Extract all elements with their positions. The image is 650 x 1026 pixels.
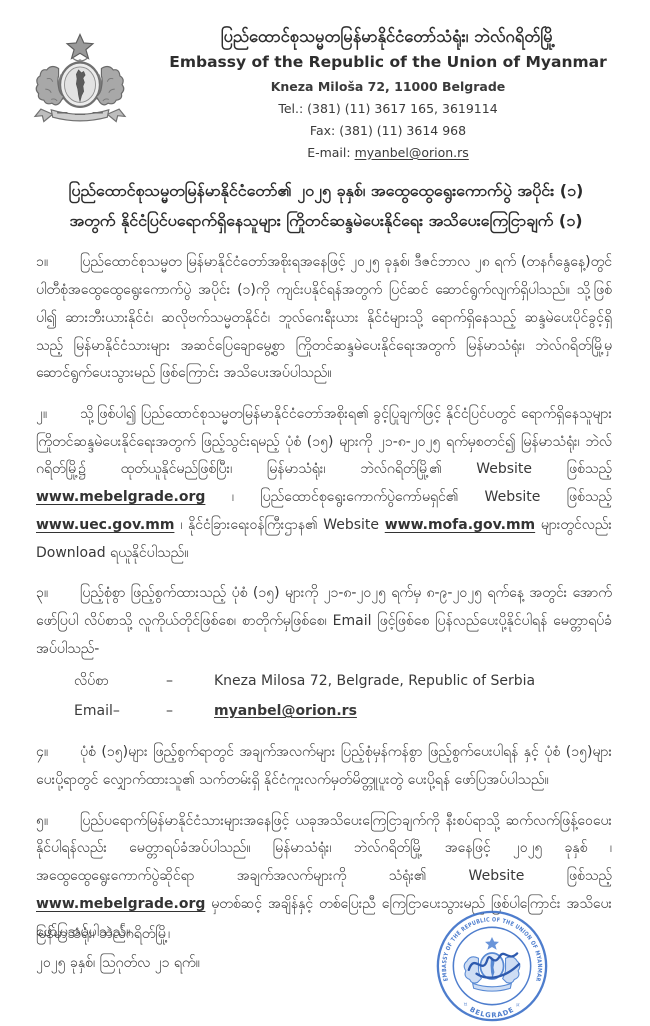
document-title-line1: ပြည်ထောင်စုသမ္မတမြန်မာနိုင်ငံတော်၏ ၂၀၂၅ … xyxy=(34,176,618,206)
link-mofa[interactable]: www.mofa.gov.mm xyxy=(385,517,535,533)
address-row-postal: လိပ်စာ – Kneza Milosa 72, Belgrade, Repu… xyxy=(74,667,612,696)
text-segment: ပြည်ပရောက်မြန်မာနိုင်ငံသားများအနေဖြင့် ယ… xyxy=(36,813,612,884)
address-row-email: Email– – myanbel@orion.rs xyxy=(74,697,612,726)
para-number-2: ၂။ xyxy=(36,401,80,429)
embassy-round-stamp-icon: EMBASSY OF THE REPUBLIC OF THE UNION OF … xyxy=(434,908,550,1024)
link-uec[interactable]: www.uec.gov.mm xyxy=(36,517,174,533)
paragraph-2: ၂။သို့ဖြစ်ပါ၍ ပြည်ထောင်စုသမ္မတမြန်မာနိုင… xyxy=(36,401,612,567)
paragraph-4: ၄။ပုံစံ (၁၅)များ ဖြည့်စွက်ရာတွင် အချက်အလ… xyxy=(36,739,612,794)
embassy-address: Kneza Miloša 72, 11000 Belgrade xyxy=(150,79,626,94)
paragraph-3: ၃။ပြည့်စုံစွာ ဖြည့်စွက်ထားသည့် ပုံစံ (၁၅… xyxy=(36,580,612,663)
para-number-1: ၁။ xyxy=(36,249,80,277)
embassy-email-row: E-mail: myanbel@orion.rs xyxy=(150,145,626,160)
link-mebelgrade[interactable]: www.mebelgrade.org xyxy=(36,489,205,505)
return-email-link[interactable]: myanbel@orion.rs xyxy=(214,697,612,726)
text-segment: ပြည်ထောင်စုသမ္မတ မြန်မာနိုင်ငံတော်အစိုးရ… xyxy=(36,254,612,381)
myanmar-state-seal-icon xyxy=(24,33,136,129)
text-segment: ၊ နိုင်ငံခြားရေးဝန်ကြီးဌာန၏ Website xyxy=(174,517,384,533)
return-address-block: လိပ်စာ – Kneza Milosa 72, Belgrade, Repu… xyxy=(74,667,612,726)
embassy-tel: Tel.: (381) (11) 3617 165, 3619114 xyxy=(150,101,626,116)
address-value: Kneza Milosa 72, Belgrade, Republic of S… xyxy=(214,667,612,696)
paragraph-1: ၁။ပြည်ထောင်စုသမ္မတ မြန်မာနိုင်ငံတော်အစို… xyxy=(36,249,612,388)
para-number-5: ၅။ xyxy=(36,808,80,836)
embassy-name-english: Embassy of the Republic of the Union of … xyxy=(150,53,626,71)
text-segment: သို့ဖြစ်ပါ၍ ပြည်ထောင်စုသမ္မတမြန်မာနိုင်င… xyxy=(36,406,612,477)
embassy-name-burmese: ပြည်ထောင်စုသမ္မတမြန်မာနိုင်ငံတော်သံရုံး၊… xyxy=(150,24,626,50)
email-label: E-mail: xyxy=(307,145,354,160)
text-segment: ပြည့်စုံစွာ ဖြည့်စွက်ထားသည့် ပုံစံ (၁၅) … xyxy=(36,585,612,656)
document-title: ပြည်ထောင်စုသမ္မတမြန်မာနိုင်ငံတော်၏ ၂၀၂၅ … xyxy=(34,176,618,237)
address-dash: – xyxy=(166,667,214,696)
footer-embassy-line: မြန်မာသံရုံး၊ ဘဲလ်ဂရိတ်မြို့၊ xyxy=(36,920,200,949)
embassy-fax: Fax: (381) (11) 3614 968 xyxy=(150,123,626,138)
document-title-line2: အတွက် နိုင်ငံပြင်ပရောက်ရှိနေသူများ ကြိုတ… xyxy=(34,206,618,236)
text-segment: ၊ ပြည်ထောင်စုရွေးကောက်ပွဲကော်မရှင်၏ Webs… xyxy=(205,489,612,505)
text-segment: ပုံစံ (၁၅)များ ဖြည့်စွက်ရာတွင် အချက်အလက်… xyxy=(36,744,612,788)
signature-block: မြန်မာသံရုံး၊ ဘဲလ်ဂရိတ်မြို့၊ ၂၀၂၅ ခုနှစ… xyxy=(36,920,200,979)
letterhead: ပြည်ထောင်စုသမ္မတမြန်မာနိုင်ငံတော်သံရုံး၊… xyxy=(0,0,650,160)
link-mebelgrade-2[interactable]: www.mebelgrade.org xyxy=(36,896,205,912)
embassy-email-link[interactable]: myanbel@orion.rs xyxy=(355,145,469,160)
para-number-4: ၄။ xyxy=(36,739,80,767)
document-page: ပြည်ထောင်စုသမ္မတမြန်မာနိုင်ငံတော်သံရုံး၊… xyxy=(0,0,650,1026)
footer-date-line: ၂၀၂၅ ခုနှစ်၊ ဩဂုတ်လ ၂၁ ရက်။ xyxy=(36,949,200,978)
email-row-label: Email– xyxy=(74,697,166,726)
document-body: ၁။ပြည်ထောင်စုသမ္မတ မြန်မာနိုင်ငံတော်အစို… xyxy=(36,249,612,663)
address-label: လိပ်စာ xyxy=(74,667,166,696)
email-row-dash: – xyxy=(166,697,214,726)
para-number-3: ၃။ xyxy=(36,580,80,608)
